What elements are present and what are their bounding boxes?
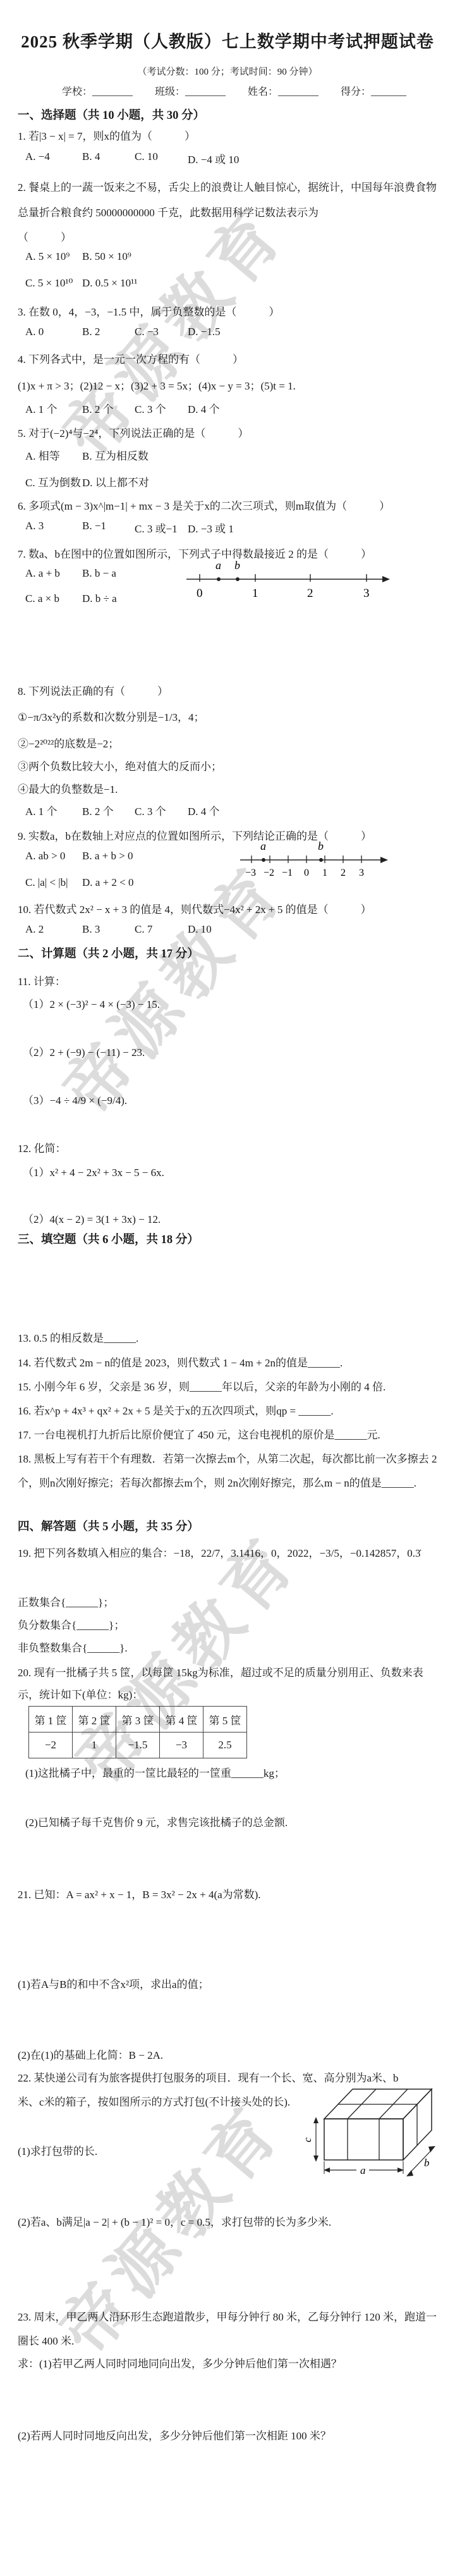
q11-title: 11. 计算：	[18, 970, 437, 994]
tick-3: 3	[359, 868, 364, 878]
q7-number-line: a b 0 1 2 3	[185, 558, 394, 608]
q12-part2: （2）4(x − 2) = 3(1 + 3x) − 12.	[23, 1208, 442, 1232]
q11-part3: （3）−4 ÷ 4/9 × (−9/4).	[23, 1089, 442, 1113]
exam-subtitle: （考试分数：100 分；考试时间：90 分钟）	[0, 64, 455, 78]
q6-options: A. 3 B. −1 C. 3 或−1 D. −3 或 1	[0, 520, 455, 535]
q2-text: 2. 餐桌上的一蔬一饭来之不易，舌尖上的浪费让人触目惊心，据统计，中国每年浪费食…	[18, 175, 437, 226]
q20-part1: (1)这批橘子中，最重的一筐比最轻的一筐重______kg；	[25, 1762, 445, 1786]
q10-text: 10. 若代数式 2x² − x + 3 的值是 4，则代数式−4x² + 2x…	[18, 898, 437, 922]
q13-text: 13. 0.5 的相反数是______.	[18, 1327, 437, 1351]
q9-option-d: D. a + 2 < 0	[82, 876, 134, 889]
q2-option-c: C. 5 × 10¹⁰	[25, 277, 73, 290]
point-b-label: b	[234, 559, 240, 572]
q19-text: 19. 把下列各数填入相应的集合：−18，22/7，3.1416，0，2022，…	[18, 1542, 437, 1566]
class-field: 班级：________	[155, 83, 226, 98]
q18-text: 18. 黑板上写有若干个有理数．若第一次擦去m个，从第二次起，每次都比前一次多擦…	[18, 1447, 437, 1495]
q19-set-nonneg-int: 非负整数集合{______}.	[18, 1636, 437, 1660]
point-a-label: a	[260, 840, 266, 852]
q3-option-d: D. −1.5	[188, 326, 221, 338]
q10-options: A. 2 B. 3 C. 7 D. 10	[0, 923, 455, 938]
section-blank-header: 三、填空题（共 6 小题，共 18 分）	[18, 1230, 437, 1247]
q22-line2: 米、c米的箱子，按如图所示的方式打包(不计接头处的长).	[18, 2090, 299, 2114]
q8-item-1: ①−π/3x²y的系数和次数分别是−1/3，4；	[18, 706, 437, 730]
q3-options: A. 0 B. 2 C. −3 D. −1.5	[0, 326, 455, 341]
tick-2: 2	[307, 587, 313, 600]
q10-option-c: C. 7	[135, 923, 152, 936]
q7-option-c: C. a × b	[25, 592, 59, 605]
q20-header-cell: 第 4 筐	[160, 1707, 203, 1733]
q10-option-d: D. 10	[188, 923, 212, 936]
q19-set-positive: 正数集合{______}；	[18, 1591, 437, 1615]
q7-option-d: D. b ÷ a	[82, 592, 117, 605]
q20-table-header-row: 第 1 筐 第 2 筐 第 3 筐 第 4 筐 第 5 筐	[29, 1707, 247, 1733]
q3-option-c: C. −3	[135, 326, 159, 338]
q7-option-a: A. a + b	[25, 567, 60, 580]
q2-options-row1: A. 5 × 10⁹ B. 50 × 10⁹	[0, 250, 455, 266]
q2-option-a: A. 5 × 10⁹	[25, 250, 70, 263]
q1-option-c: C. 10	[135, 150, 158, 163]
q14-text: 14. 若代数式 2m − n的值是 2023，则代数式 1 − 4m + 2n…	[18, 1351, 437, 1375]
q11-part2: （2）2 + (−9) − (−11) − 23.	[23, 1041, 442, 1065]
point-b-dot	[319, 858, 323, 862]
q23-part2: (2)若两人同时同地反向出发，多少分钟后他们第一次相距 100 米？	[18, 2424, 437, 2448]
q4-option-d: D. 4 个	[188, 400, 220, 416]
q3-text: 3. 在数 0，4，−3，−1.5 中，属于负整数的是（ ）	[18, 300, 437, 324]
q9-option-a: A. ab > 0	[25, 850, 65, 862]
q23-part1: 求：(1)若甲乙两人同时同地同向出发，多少分钟后他们第一次相遇？	[18, 2352, 437, 2376]
q17-text: 17. 一台电视机打九折后比原价便宜了 450 元，这台电视机的原价是_____…	[18, 1423, 437, 1447]
q4-option-c: C. 3 个	[135, 400, 166, 416]
q2-option-d: D. 0.5 × 10¹¹	[82, 277, 137, 290]
q8-item-3: ③两个负数比较大小，绝对值大的反而小；	[18, 755, 437, 779]
point-b-dot	[236, 577, 240, 581]
q8-option-b: B. 2 个	[82, 802, 114, 818]
q10-option-b: B. 3	[82, 923, 100, 936]
q3-option-b: B. 2	[82, 326, 100, 338]
point-a-dot	[262, 858, 265, 862]
q1-option-b: B. 4	[82, 150, 100, 163]
q20-header-cell: 第 2 筐	[73, 1707, 116, 1733]
q20-header-cell: 第 3 筐	[116, 1707, 160, 1733]
tick-m1: −1	[282, 868, 293, 878]
q16-text: 16. 若x^p + 4x³ + qx² + 2x + 5 是关于x的五次四项式…	[18, 1399, 437, 1423]
q9-number-line: a b −3 −2 −1 0 1 2 3	[239, 841, 394, 888]
q12-part1: （1）x² + 4 − 2x² + 3x − 5 − 6x.	[23, 1161, 442, 1185]
q21-text: 21. 已知：A = ax² + x − 1，B = 3x² − 2x + 4(…	[18, 1883, 437, 1907]
q4-text: 4. 下列各式中，是一元一次方程的有（ ）	[18, 348, 437, 372]
q2-options-row2: C. 5 × 10¹⁰ D. 0.5 × 10¹¹	[0, 277, 455, 292]
q5-options-row2: C. 互为倒数 D. 以上都不对	[0, 474, 455, 489]
q20-value-cell: 2.5	[203, 1733, 247, 1758]
q23-text: 23. 周末，甲乙两人沿环形生态跑道散步，甲每分钟行 80 米，乙每分钟行 12…	[18, 2305, 437, 2353]
page-title: 2025 秋季学期（人教版）七上数学期中考试押题试卷	[0, 28, 455, 52]
name-field: 姓名：________	[248, 83, 318, 98]
dim-b-label: b	[424, 2157, 430, 2169]
q5-options-row1: A. 相等 B. 互为相反数	[0, 447, 455, 462]
q6-option-b: B. −1	[82, 520, 106, 532]
tick-1: 1	[252, 587, 258, 600]
q8-text: 8. 下列说法正确的有（ ）	[18, 680, 437, 704]
tick-m2: −2	[264, 868, 274, 878]
q20-value-cell: −1.5	[116, 1733, 160, 1758]
dim-a-label: a	[360, 2164, 366, 2176]
q10-option-a: A. 2	[25, 923, 44, 936]
q22-box-figure: c a b	[308, 2046, 442, 2182]
q20-value-cell: −2	[29, 1733, 73, 1758]
tick-3: 3	[363, 587, 370, 600]
q20-header-cell: 第 1 筐	[29, 1707, 73, 1733]
school-field: 学校：________	[62, 83, 133, 98]
q20-value-cell: −3	[160, 1733, 203, 1758]
q8-options: A. 1 个 B. 2 个 C. 3 个 D. 4 个	[0, 802, 455, 818]
q21-part1: (1)若A与B的和中不含x²项，求出a的值；	[18, 1973, 437, 1997]
q20-part2: (2)已知橘子每千克售价 9 元，求售完该批橘子的总金额.	[25, 1811, 445, 1835]
q20-header-cell: 第 5 筐	[203, 1707, 247, 1733]
q4-option-b: B. 2 个	[82, 400, 114, 416]
q9-option-c: C. |a| < |b|	[25, 876, 68, 889]
q1-options: A. −4 B. 4 C. 10 D. −4 或 10	[0, 150, 455, 166]
q8-option-a: A. 1 个	[25, 802, 58, 818]
q2-paren: （ ）	[18, 226, 437, 250]
tick-2: 2	[341, 868, 346, 878]
tick-m3: −3	[245, 868, 256, 878]
section-choice-header: 一、选择题（共 10 小题，共 30 分）	[18, 106, 437, 123]
q1-text: 1. 若|3 − x| = 7，则x的值为（ ）	[18, 125, 437, 149]
tick-1: 1	[322, 868, 327, 878]
point-a-label: a	[215, 559, 221, 572]
point-a-dot	[217, 577, 221, 581]
q8-item-4: ④最大的负整数是−1.	[18, 778, 437, 802]
q6-option-c: C. 3 或−1	[135, 520, 178, 536]
tick-0: 0	[197, 587, 203, 600]
q5-option-c: C. 互为倒数	[25, 474, 81, 489]
q5-option-b: B. 互为相反数	[82, 447, 149, 463]
q4-options: A. 1 个 B. 2 个 C. 3 个 D. 4 个	[0, 400, 455, 415]
q8-option-d: D. 4 个	[188, 802, 220, 818]
q9-option-b: B. a + b > 0	[82, 850, 133, 862]
header-fields: 学校：________ 班级：________ 姓名：________ 得分：_…	[62, 83, 406, 98]
q5-option-d: D. 以上都不对	[82, 474, 149, 489]
q2-option-b: B. 50 × 10⁹	[82, 250, 131, 263]
dim-c-label: c	[301, 2137, 313, 2142]
q3-option-a: A. 0	[25, 326, 44, 338]
q20-value-cell: 1	[73, 1733, 116, 1758]
section-calc-header: 二、计算题（共 2 小题，共 17 分）	[18, 945, 437, 961]
q22-part2: (2)若a、b满足|a − 2| + (b − 1)² = 0，c = 0.5，…	[18, 2211, 437, 2235]
q12-title: 12. 化简：	[18, 1137, 437, 1161]
q5-text: 5. 对于(−2)⁴与−2⁴，下列说法正确的是（ ）	[18, 422, 437, 446]
section-answer-header: 四、解答题（共 5 小题，共 35 分）	[18, 1518, 437, 1534]
q1-option-d: D. −4 或 10	[188, 150, 239, 166]
q7-option-b: B. b − a	[82, 567, 116, 580]
q8-option-c: C. 3 个	[135, 802, 166, 818]
exam-paper: 帝源教育 帝源教育 帝源教育 帝源教育 2025 秋季学期（人教版）七上数学期中…	[0, 0, 455, 2576]
q11-part1: （1）2 × (−3)² − 4 × (−3) − 15.	[23, 993, 442, 1017]
q19-set-negfraction: 负分数集合{______}；	[18, 1614, 437, 1638]
score-field: 得分：_______	[341, 83, 406, 98]
q6-option-d: D. −3 或 1	[188, 520, 234, 536]
q8-item-2: ②−2²⁰²²的底数是−2；	[18, 732, 437, 756]
q6-text: 6. 多项式(m − 3)x^|m−1| + mx − 3 是关于x的二次三项式…	[18, 494, 437, 518]
q20-table-value-row: −2 1 −1.5 −3 2.5	[29, 1733, 247, 1758]
q20-text: 20. 现有一批橘子共 5 筐，以每筐 15kg为标准，超过或不足的质量分别用正…	[18, 1662, 437, 1706]
q1-option-a: A. −4	[25, 150, 50, 163]
q5-option-a: A. 相等	[25, 447, 60, 463]
tick-0: 0	[304, 868, 309, 878]
q15-text: 15. 小刚今年 6 岁，父亲是 36 岁，则______年以后，父亲的年龄为小…	[18, 1375, 437, 1399]
q6-option-a: A. 3	[25, 520, 44, 532]
q4-equations: (1)x + π > 3；(2)12 − x；(3)2 + 3 = 5x；(4)…	[18, 374, 437, 398]
q20-table: 第 1 筐 第 2 筐 第 3 筐 第 4 筐 第 5 筐 −2 1 −1.5 …	[28, 1706, 247, 1758]
point-b-label: b	[318, 840, 324, 852]
q4-option-a: A. 1 个	[25, 400, 58, 416]
